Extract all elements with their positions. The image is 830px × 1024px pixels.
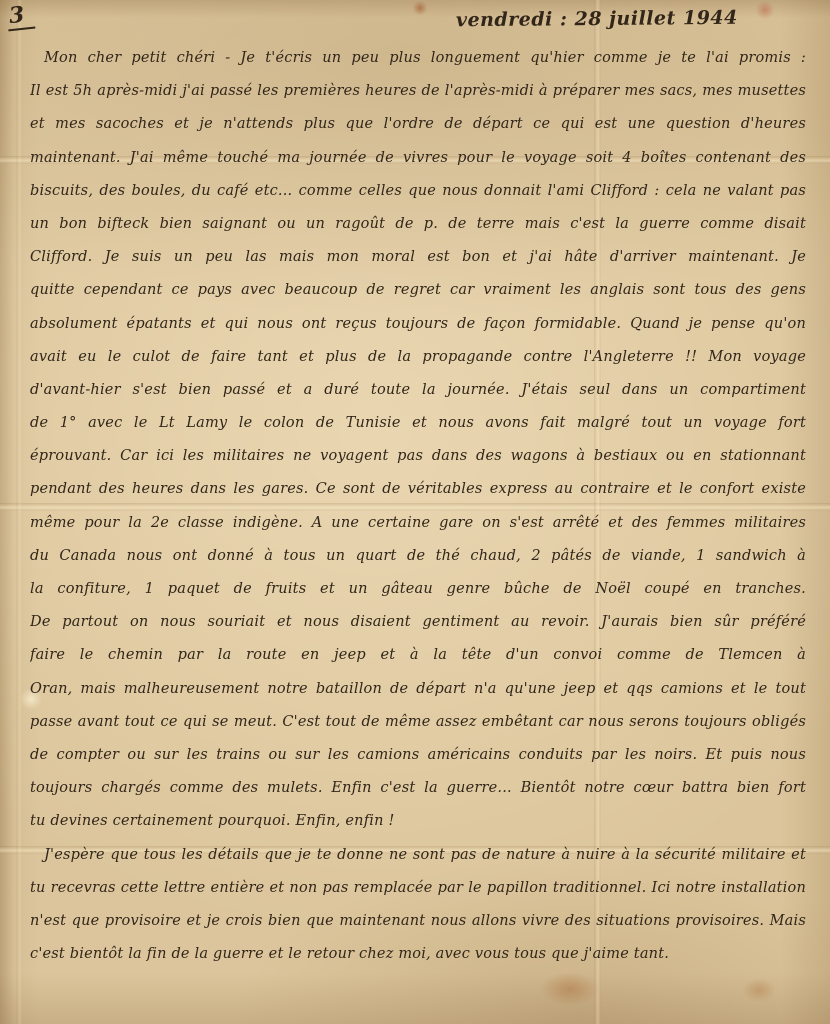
letter-line: De partout on nous souriait et nous disa… <box>30 606 806 639</box>
letter-line: faire le chemin par la route en jeep et … <box>30 639 806 672</box>
letter-line: tu recevras cette lettre entière et non … <box>30 872 806 905</box>
letter-line: passe avant tout ce qui se meut. C'est t… <box>30 706 806 739</box>
letter-line: Oran, mais malheureusement notre bataill… <box>30 673 806 706</box>
letter-line: maintenant. J'ai même touché ma journée … <box>30 142 806 175</box>
letter-line: biscuits, des boules, du café etc... com… <box>30 175 806 208</box>
letter-line: de 1° avec le Lt Lamy le colon de Tunisi… <box>30 407 806 440</box>
letter-line: avait eu le culot de faire tant et plus … <box>30 341 806 374</box>
letter-line: c'est bientôt la fin de la guerre et le … <box>30 938 806 971</box>
letter-line: de compter ou sur les trains ou sur les … <box>30 739 806 772</box>
letter-line: toujours chargés comme des mulets. Enfin… <box>30 772 806 805</box>
letter-line: Clifford. Je suis un peu las mais mon mo… <box>30 241 806 274</box>
letter-body: Mon cher petit chéri - Je t'écris un peu… <box>30 42 806 971</box>
letter-line: éprouvant. Car ici les militaires ne voy… <box>30 440 806 473</box>
letter-line: absolument épatants et qui nous ont reçu… <box>30 308 806 341</box>
letter-line: la confiture, 1 paquet de fruits et un g… <box>30 573 806 606</box>
letter-line: du Canada nous ont donné à tous un quart… <box>30 540 806 573</box>
letter-date: vendredi : 28 juillet 1944 <box>456 7 738 31</box>
letter-line: un bon bifteck bien saignant ou un ragoû… <box>30 208 806 241</box>
letter-line: et mes sacoches et je n'attends plus que… <box>30 108 806 141</box>
letter-line: J'espère que tous les détails que je te … <box>30 839 806 872</box>
letter-line: Mon cher petit chéri - Je t'écris un peu… <box>30 42 806 75</box>
page-number: 3 <box>6 1 36 32</box>
fold-crease-vertical-2 <box>16 0 23 1024</box>
letter-line: tu devines certainement pourquoi. Enfin,… <box>30 805 806 838</box>
letter-line: même pour la 2e classe indigène. A une c… <box>30 507 806 540</box>
letter-line: Il est 5h après-midi j'ai passé les prem… <box>30 75 806 108</box>
letter-line: d'avant-hier s'est bien passé et a duré … <box>30 374 806 407</box>
letter-line: quitte cependant ce pays avec beaucoup d… <box>30 274 806 307</box>
letter-line: n'est que provisoire et je crois bien qu… <box>30 905 806 938</box>
letter-line: pendant des heures dans les gares. Ce so… <box>30 473 806 506</box>
